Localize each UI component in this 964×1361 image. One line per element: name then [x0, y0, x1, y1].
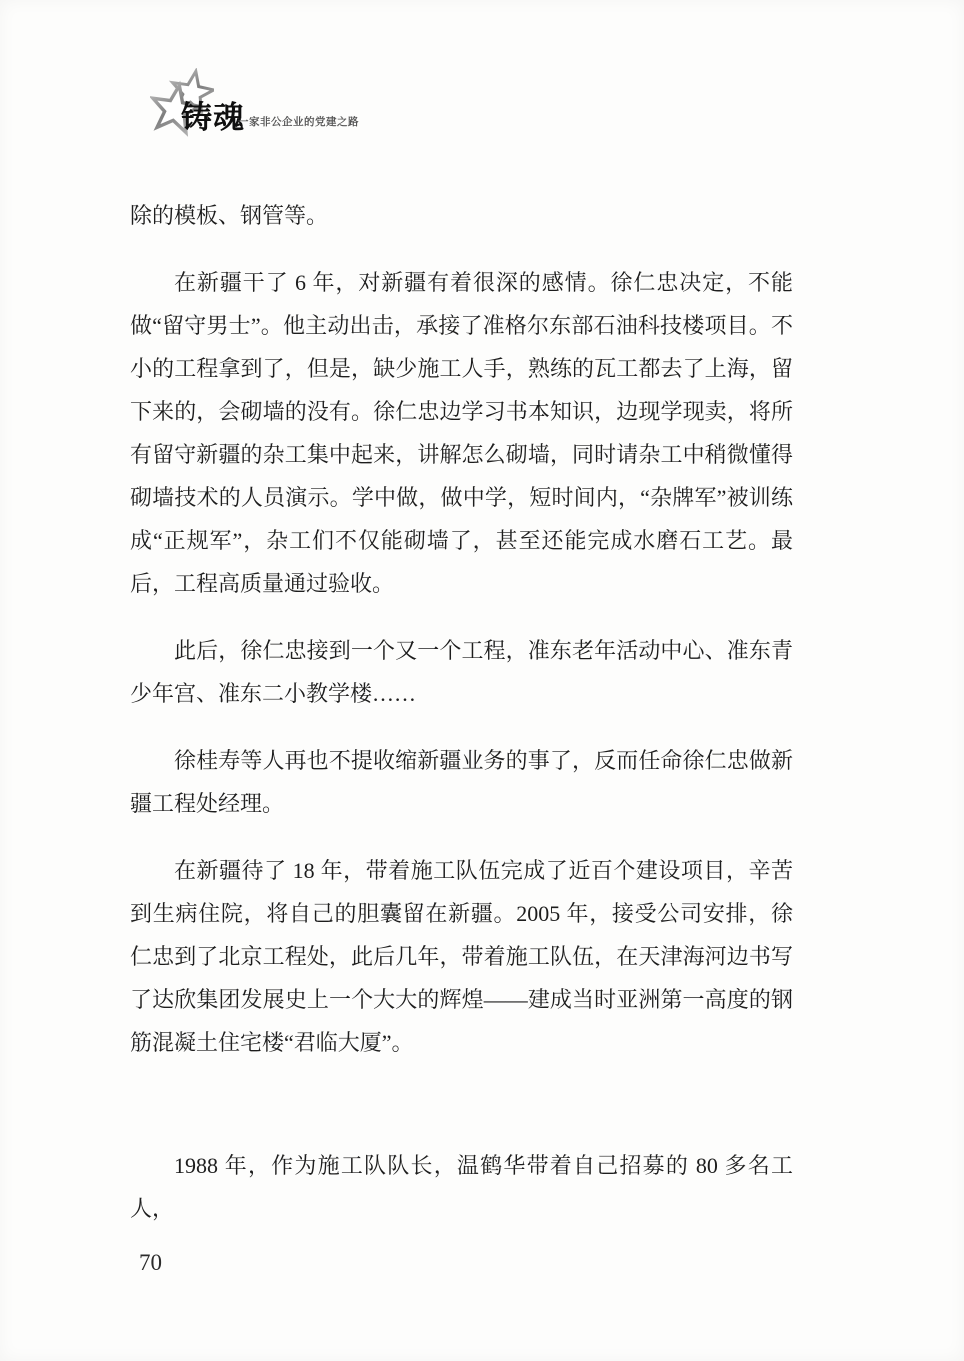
logo-subtitle: 一家非公企业的党建之路 — [238, 117, 359, 128]
book-header-logo: 铸魂 一家非公企业的党建之路 — [150, 66, 630, 146]
paragraph: 在新疆待了 18 年，带着施工队伍完成了近百个建设项目，辛苦到生病住院，将自己的… — [130, 849, 793, 1064]
paragraph: 在新疆干了 6 年，对新疆有着很深的感情。徐仁忠决定，不能做“留守男士”。他主动… — [130, 261, 793, 605]
paragraph: 徐桂寿等人再也不提收缩新疆业务的事了，反而任命徐仁忠做新疆工程处经理。 — [130, 739, 793, 825]
page-number: 70 — [139, 1250, 162, 1276]
paragraph: 此后，徐仁忠接到一个又一个工程，准东老年活动中心、准东青少年宫、准东二小教学楼…… — [130, 629, 793, 715]
logo-title: 铸魂 — [181, 102, 245, 133]
book-page: 铸魂 一家非公企业的党建之路 除的模板、钢管等。 在新疆干了 6 年，对新疆有着… — [0, 0, 964, 1361]
paragraph-continuation: 除的模板、钢管等。 — [130, 194, 793, 237]
paragraph-new-section: 1988 年，作为施工队队长，温鹤华带着自己招募的 80 多名工人， — [130, 1144, 793, 1230]
page-body-text: 除的模板、钢管等。 在新疆干了 6 年，对新疆有着很深的感情。徐仁忠决定，不能做… — [130, 194, 793, 1230]
